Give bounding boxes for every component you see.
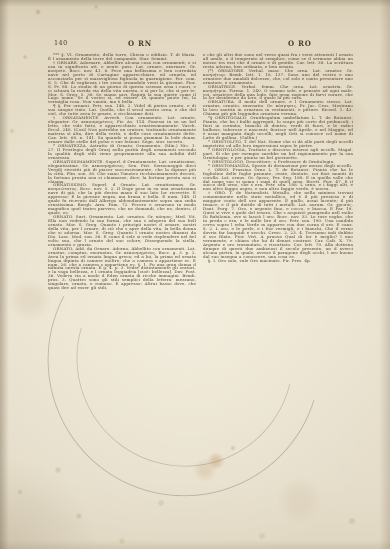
entry-paragraph: (*) ORNATORE. Verbal. masc. Che orna. La… bbox=[203, 69, 353, 85]
entry-paragraph: † ORNO. Frassino Orno L. T. de Botanici.… bbox=[203, 168, 353, 192]
entry-paragraph: † ORNATAMENTE. Avverb. Con ornamento. La… bbox=[48, 116, 196, 144]
text-column-left: *** §. VI. Ornamento, della torre, Chies… bbox=[48, 53, 196, 433]
entry-paragraph: §. I. Oro solo, vale Oro macinato. Fir. … bbox=[203, 259, 353, 263]
entry-paragraph: * ORNITOLOGIA, Trattato o discorso intor… bbox=[203, 148, 353, 160]
page-number: 140 bbox=[54, 39, 68, 47]
entry-paragraph: *§ ORNITOGALO. Ornithogalum umbellatum L… bbox=[203, 116, 353, 140]
entry-paragraph: † ORO. T. de Naturalisti. Metallo, che n… bbox=[203, 191, 353, 258]
entry-paragraph: ORNATO, Add. da Ornare. Adorno, Abbellit… bbox=[48, 247, 196, 290]
entry-paragraph: ORNATURA. Il modo dell ornare, e l Ornam… bbox=[203, 100, 353, 116]
entry-paragraph: e che gli altri due sono nel verso quasi… bbox=[203, 53, 353, 69]
book-page: 140 O RN O RO *** §. VI. Ornamento, dell… bbox=[0, 0, 390, 549]
entry-paragraph: ORNATRICE. Verbal. femm. Che orna. Lat. … bbox=[203, 85, 353, 101]
entry-paragraph: ORNATISSIMAMENTE. Superl. d Ornatamente.… bbox=[48, 160, 196, 184]
entry-paragraph: * ORNATEZZA. Astratto di Ornato; Ornamen… bbox=[48, 144, 196, 160]
running-head-right: O RO bbox=[288, 39, 312, 48]
entry-paragraph: ORNATISSIMO. Superl. d Ornato. Lat. orna… bbox=[48, 183, 196, 215]
entry-paragraph: ORNATO. Sust. Ornamento. Lat. ornatus. G… bbox=[48, 215, 196, 247]
running-head-left: O RN bbox=[128, 39, 152, 48]
entry-paragraph: † ORNARE. Adornare, Abbellire alcuna cos… bbox=[48, 61, 196, 104]
text-column-right: e che gli altri due sono nel verso quasi… bbox=[203, 53, 353, 433]
